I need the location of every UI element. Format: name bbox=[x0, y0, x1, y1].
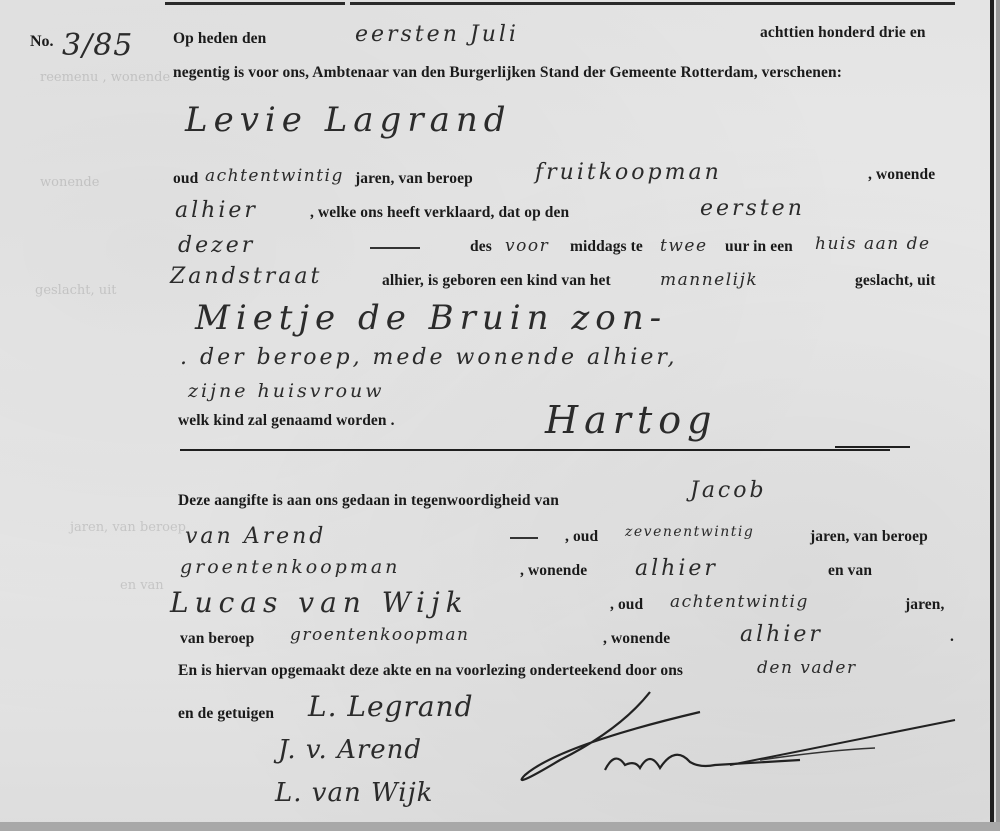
handwritten-witness1-surname: van Arend bbox=[185, 524, 326, 549]
handwritten-sex: mannelijk bbox=[660, 270, 758, 290]
page-border bbox=[990, 0, 994, 831]
record-number-label: No. bbox=[30, 33, 54, 51]
printed-text: achttien honderd drie en bbox=[760, 24, 926, 42]
handwritten-child-name: Hartog bbox=[545, 398, 717, 442]
handwritten-day: eersten bbox=[700, 196, 805, 221]
handwritten-location: huis aan de bbox=[815, 234, 931, 254]
signature-witness1: J. v. Arend bbox=[278, 735, 422, 765]
handwritten-month: dezer bbox=[178, 233, 255, 258]
printed-text: negentig is voor ons, Ambtenaar van den … bbox=[173, 64, 842, 82]
handwritten-witness2-residence: alhier bbox=[740, 622, 823, 647]
handwritten-father-name: Levie Lagrand bbox=[185, 100, 512, 140]
printed-text: en de getuigen bbox=[178, 705, 274, 723]
record-number: 3/85 bbox=[62, 28, 133, 63]
printed-text: Op heden den bbox=[173, 30, 266, 48]
section-divider bbox=[180, 449, 890, 451]
printed-text: , wonende bbox=[603, 630, 670, 648]
handwritten-age: achtentwintig bbox=[205, 166, 344, 186]
printed-text: geslacht, uit bbox=[855, 272, 936, 290]
filler-dash bbox=[510, 537, 538, 539]
handwritten-date: eersten Juli bbox=[355, 22, 519, 47]
bleed-through-text: reemenu , wonende bbox=[40, 70, 170, 85]
handwritten-relation: zijne huisvrouw bbox=[188, 380, 385, 402]
printed-text: En is hiervan opgemaakt deze akte en na … bbox=[178, 662, 683, 680]
printed-text: van beroep bbox=[180, 630, 254, 648]
page-edge bbox=[0, 822, 1000, 831]
handwritten-residence: alhier bbox=[175, 198, 258, 223]
signature-father: L. Legrand bbox=[308, 690, 474, 723]
bleed-through-text: geslacht, uit bbox=[35, 283, 117, 298]
handwritten-witness1-occupation: groentenkoopman bbox=[180, 556, 400, 578]
printed-text: jaren, van beroep bbox=[355, 170, 473, 188]
handwritten-witness2-age: achtentwintig bbox=[670, 592, 809, 612]
handwritten-witness1-firstname: Jacob bbox=[690, 478, 767, 503]
printed-text: , wonende bbox=[868, 166, 935, 184]
printed-text: , oud bbox=[565, 528, 598, 546]
divider-rule bbox=[350, 2, 955, 5]
name-underline bbox=[835, 446, 910, 448]
printed-text: . bbox=[950, 628, 954, 646]
handwritten-occupation: fruitkoopman bbox=[535, 160, 722, 185]
printed-text: alhier, is geboren een kind van het bbox=[382, 272, 611, 290]
handwritten-witness1-age: zevenentwintig bbox=[625, 524, 754, 540]
printed-text: , welke ons heeft verklaard, dat op den bbox=[310, 204, 569, 222]
printed-text: des bbox=[470, 238, 492, 256]
bleed-through-text: wonende bbox=[40, 175, 99, 190]
printed-text: uur in een bbox=[725, 238, 793, 256]
printed-text: jaren, van beroep bbox=[810, 528, 928, 546]
handwritten-witness2-occupation: groentenkoopman bbox=[290, 625, 469, 645]
handwritten-mother-details: . der beroep, mede wonende alhier, bbox=[180, 345, 678, 370]
handwritten-signatory: den vader bbox=[757, 658, 857, 678]
handwritten-witness2-name: Lucas van Wijk bbox=[170, 586, 469, 619]
handwritten-time-of-day: voor bbox=[505, 236, 549, 256]
bleed-through-text: jaren, van beroep bbox=[70, 520, 186, 535]
printed-text: middags te bbox=[570, 238, 643, 256]
printed-text: Deze aangifte is aan ons gedaan in tegen… bbox=[178, 492, 559, 510]
printed-text: en van bbox=[828, 562, 872, 580]
handwritten-mother-name: Mietje de Bruin zon- bbox=[195, 298, 667, 338]
signature-official bbox=[500, 690, 970, 800]
signature-witness2: L. van Wijk bbox=[275, 778, 433, 808]
signature-official-label: signature of the Ambtenaar bbox=[670, 720, 736, 721]
divider-rule bbox=[165, 2, 345, 5]
handwritten-street: Zandstraat bbox=[170, 264, 322, 289]
printed-text: welk kind zal genaamd worden . bbox=[178, 412, 395, 430]
page-edge bbox=[996, 0, 1000, 831]
bleed-through-text: en van bbox=[120, 578, 164, 593]
document-page: reemenu , wonende wonende geslacht, uit … bbox=[0, 0, 1000, 831]
printed-text: , wonende bbox=[520, 562, 587, 580]
handwritten-witness1-residence: alhier bbox=[635, 556, 718, 581]
printed-text: oud bbox=[173, 170, 198, 188]
filler-dash bbox=[370, 247, 420, 249]
printed-text: jaren, bbox=[905, 596, 945, 614]
handwritten-hour: twee bbox=[660, 236, 708, 256]
printed-text: , oud bbox=[610, 596, 643, 614]
